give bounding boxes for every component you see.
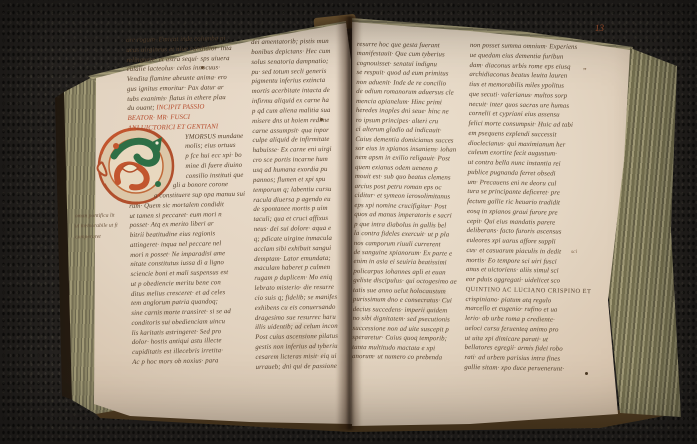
right-page-column-1: resurre hoc que gesta fuerantmanifestaui… <box>352 40 461 363</box>
text-line: solus senatoria dampnatio; <box>251 57 334 68</box>
text-line: urraueb; dni qui de passione <box>256 362 339 373</box>
text-line: acclam sibi exhibuit sangui <box>254 244 337 255</box>
margin-note-right: sci <box>571 249 577 255</box>
text-line: anorum· ut numero co prebenda <box>352 352 456 363</box>
left-page-column-1: ore rogum· Emicat inde columba niueus ui… <box>126 34 248 368</box>
right-page-column-2: non posset summa omnium· Experiensue que… <box>464 41 595 375</box>
folio-number: 13 <box>595 23 604 33</box>
text-line: exhibens cu eis conuersando <box>255 303 338 314</box>
text-line: misere dns ut hoiem redime <box>252 116 335 127</box>
marginal-gloss: oman pontifica litut memorabile ut ficom… <box>75 211 118 243</box>
text-line: oman pontifica lit <box>75 211 118 222</box>
left-page-column-2: dei amentatorib; pistis munbonibus depic… <box>251 37 338 373</box>
text-line: comperaret <box>75 231 118 242</box>
gutter-shadow <box>336 16 362 430</box>
text-line: temporum q; labentiu cursu <box>253 184 336 195</box>
text-line: ut memorabile ut fi <box>75 221 118 232</box>
manuscript-photo: ore rogum· Emicat inde columba niueus ui… <box>0 0 697 444</box>
margin-quote-mark: „ <box>583 62 587 71</box>
